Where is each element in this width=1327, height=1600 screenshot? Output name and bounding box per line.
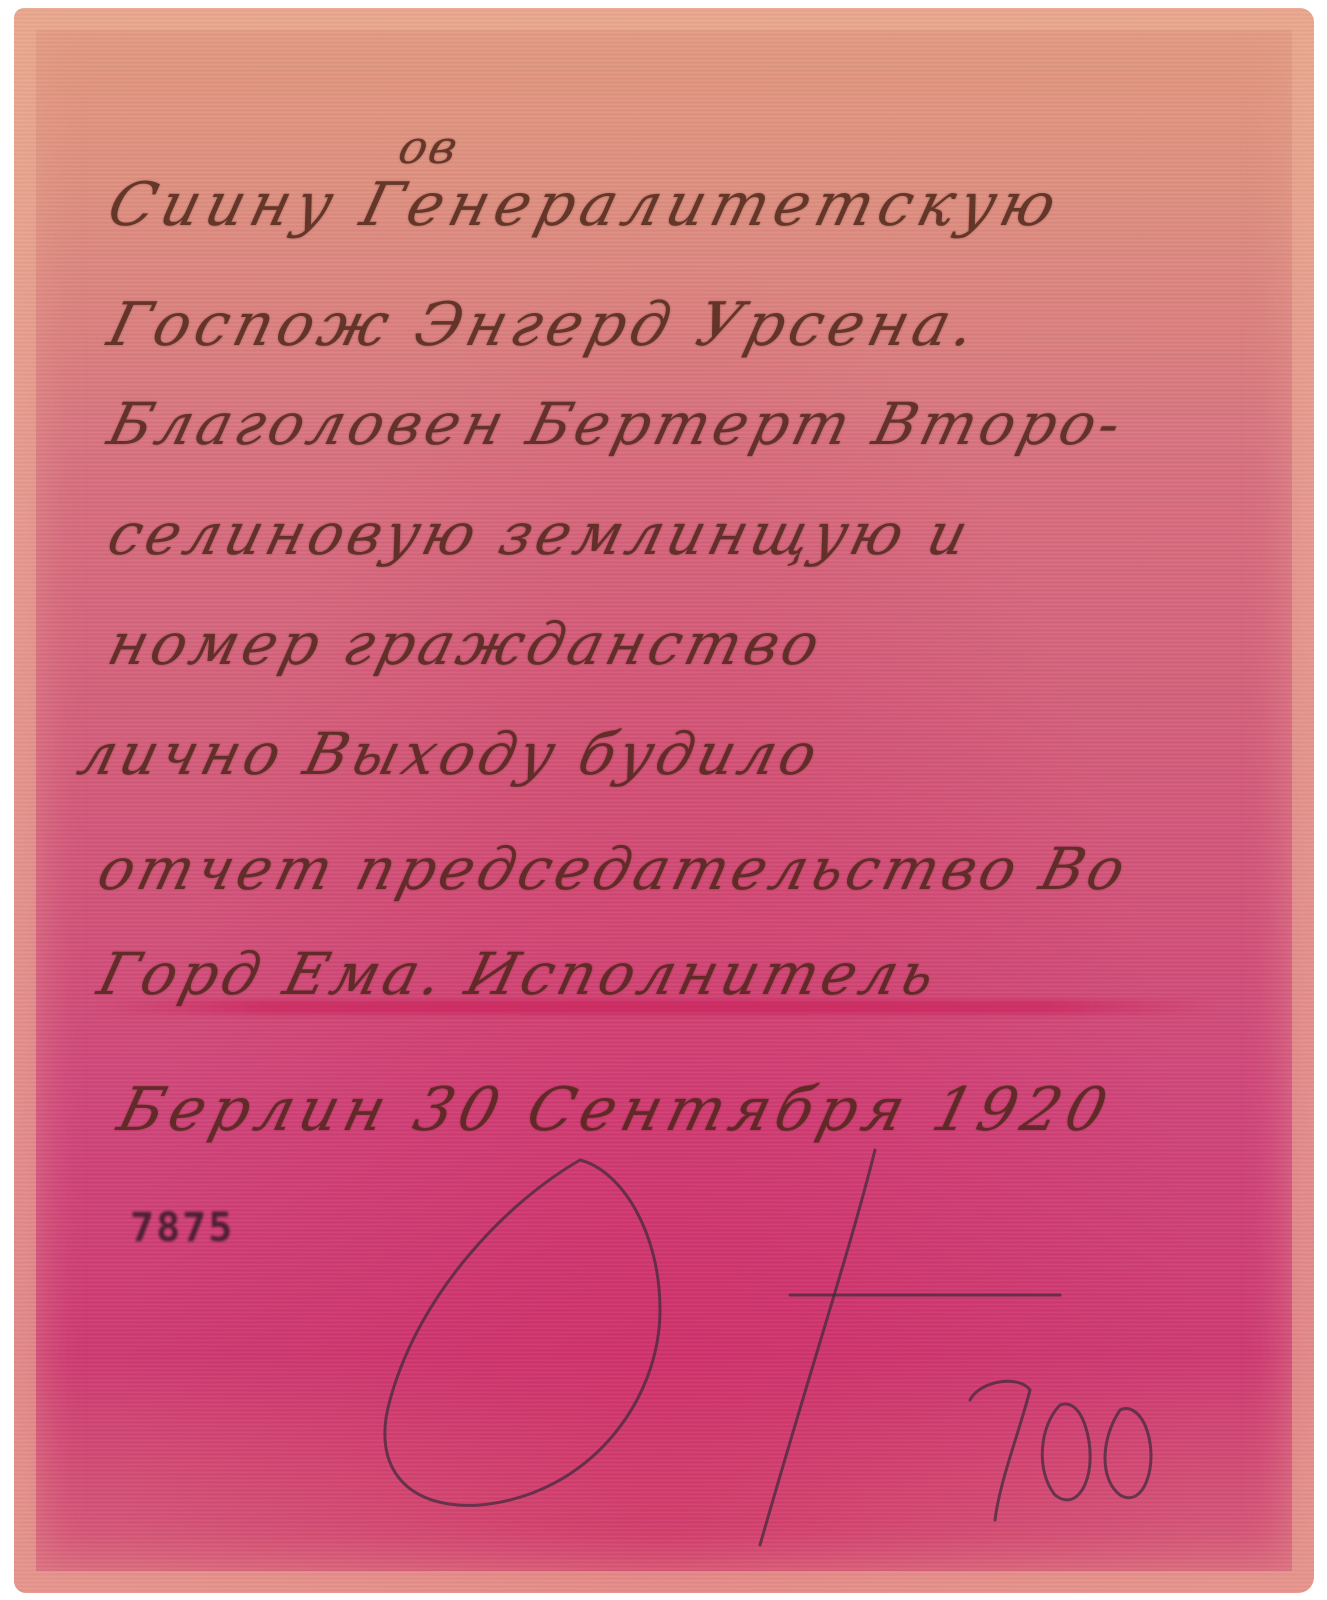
- inscription-line: лично Выходу будило: [72, 720, 828, 788]
- inscription-date-line: Берлин 30 Сентября 1920: [111, 1075, 1119, 1145]
- pencil-signature-icon: [330, 1140, 1230, 1560]
- inscription-line: селиновую землинщую и: [102, 500, 979, 568]
- stamp-number: 7875: [130, 1205, 234, 1251]
- inscription-line: номер гражданство: [102, 610, 831, 678]
- pencil-monogram: [330, 1140, 1230, 1560]
- inscription-line: отчет председательство Во: [92, 835, 1136, 903]
- inscription-line: Госпож Энгерд Урсена.: [101, 290, 987, 360]
- inscription-line: Сиину Генералитетскую: [101, 170, 1069, 240]
- inscription-line: Благоловен Бертерт Второ-: [102, 390, 1132, 458]
- inscription-line: Горд Ема. Исполнитель: [92, 940, 946, 1008]
